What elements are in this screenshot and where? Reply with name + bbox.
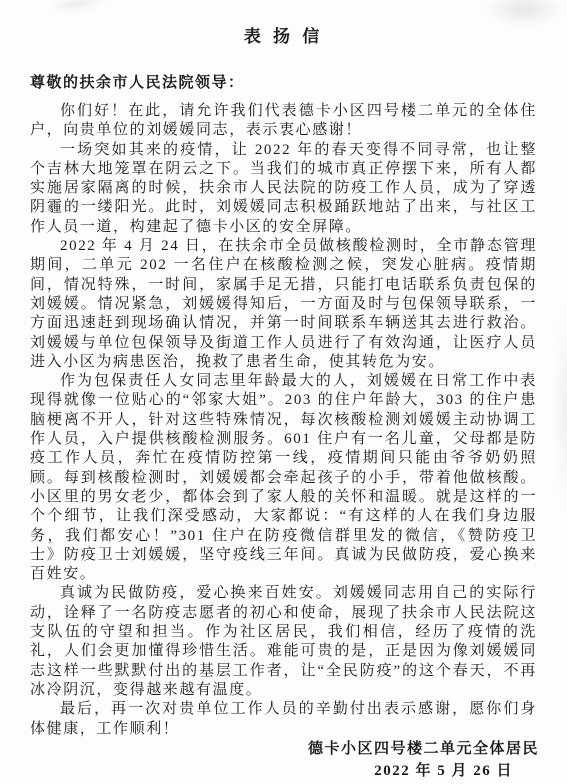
letter-body: 你们好！在此，请允许我们代表德卡小区四号楼二单元的全体住户，向贵单位的刘媛媛同志…: [30, 102, 537, 739]
scan-smudge-right-edge: [549, 270, 567, 550]
letter-title: 表 扬 信: [30, 22, 537, 47]
letter-paragraph: 最后，再一次对贵单位工作人员的辛勤付出表示感谢，愿你们身体健康，工作顺利！: [30, 700, 537, 739]
scan-smudge-top-left: [37, 0, 119, 19]
letter-salutation: 尊敬的扶余市人民法院领导：: [30, 71, 537, 92]
letter-date: 2022 年 5 月 26 日: [374, 759, 513, 780]
letter-paragraph: 真诚为民做防疫，爱心换来百姓安。刘媛媛同志用自己的实际行动，诠释了一名防疫志愿者…: [30, 584, 537, 700]
letter-paragraph: 你们好！在此，请允许我们代表德卡小区四号楼二单元的全体住户，向贵单位的刘媛媛同志…: [30, 102, 537, 141]
letter-paragraph: 一场突如其来的疫情，让 2022 年的春天变得不同寻常，也让整个吉林大地笼罩在阴…: [30, 141, 537, 237]
letter-signature: 德卡小区四号楼二单元全体居民: [308, 737, 539, 758]
letter-paragraph: 作为包保责任人女同志里年龄最大的人，刘媛媛在日常工作中表现得就像一位贴心的“邻家…: [30, 372, 537, 584]
commendation-letter-page: 表 扬 信 尊敬的扶余市人民法院领导： 你们好！在此，请允许我们代表德卡小区四号…: [0, 0, 567, 784]
letter-paragraph: 2022 年 4 月 24 日，在扶余市全员做核酸检测时，全市静态管理期间，二单…: [30, 237, 537, 372]
